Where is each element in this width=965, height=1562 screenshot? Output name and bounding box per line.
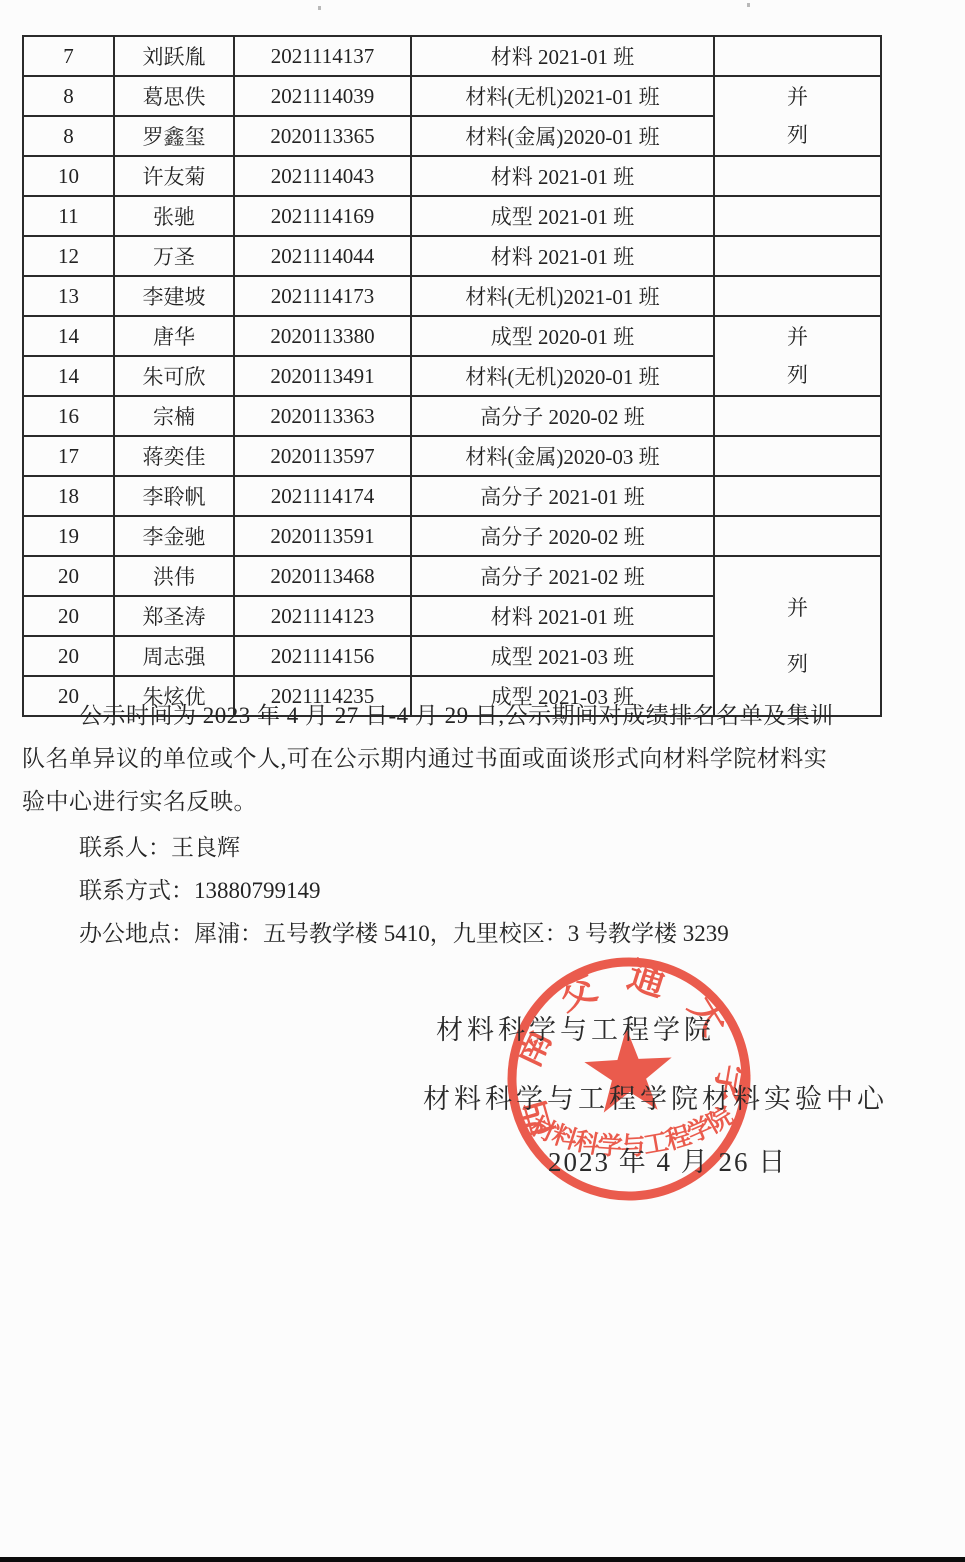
table-row: 10 许友菊 2021114043 材料 2021-01 班 <box>23 156 881 196</box>
table-row: 20 洪伟 2020113468 高分子 2021-02 班 并 列 <box>23 556 881 596</box>
name-cell: 洪伟 <box>114 556 234 596</box>
class-cell: 高分子 2021-02 班 <box>411 556 714 596</box>
scan-page-edge <box>0 1557 965 1562</box>
scan-speck <box>318 6 321 10</box>
class-cell: 高分子 2021-01 班 <box>411 476 714 516</box>
table-row: 7 刘跃胤 2021114137 材料 2021-01 班 <box>23 36 881 76</box>
name-cell: 万圣 <box>114 236 234 276</box>
class-cell: 材料(无机)2021-01 班 <box>411 76 714 116</box>
tie-note-cell: 并 列 <box>714 556 881 716</box>
student-id-cell: 2020113380 <box>234 316 411 356</box>
rank-cell: 8 <box>23 116 114 156</box>
student-id-cell: 2021114123 <box>234 596 411 636</box>
student-id-cell: 2021114156 <box>234 636 411 676</box>
student-id-cell: 2020113363 <box>234 396 411 436</box>
student-id-cell: 2021114044 <box>234 236 411 276</box>
table-row: 12 万圣 2021114044 材料 2021-01 班 <box>23 236 881 276</box>
name-cell: 罗鑫玺 <box>114 116 234 156</box>
rank-cell: 10 <box>23 156 114 196</box>
rank-cell: 7 <box>23 36 114 76</box>
tie-note-cell <box>714 156 881 196</box>
rank-cell: 16 <box>23 396 114 436</box>
class-cell: 材料(无机)2020-01 班 <box>411 356 714 396</box>
rank-cell: 13 <box>23 276 114 316</box>
class-cell: 材料 2021-01 班 <box>411 236 714 276</box>
class-cell: 材料(金属)2020-01 班 <box>411 116 714 156</box>
name-cell: 李金驰 <box>114 516 234 556</box>
name-cell: 宗楠 <box>114 396 234 436</box>
name-cell: 许友菊 <box>114 156 234 196</box>
class-cell: 材料(无机)2021-01 班 <box>411 276 714 316</box>
student-id-cell: 2021114043 <box>234 156 411 196</box>
student-id-cell: 2020113591 <box>234 516 411 556</box>
table-row: 8 葛思佚 2021114039 材料(无机)2021-01 班 并 列 <box>23 76 881 116</box>
name-cell: 郑圣涛 <box>114 596 234 636</box>
name-cell: 刘跃胤 <box>114 36 234 76</box>
table-row: 11 张驰 2021114169 成型 2021-01 班 <box>23 196 881 236</box>
table-row: 13 李建坡 2021114173 材料(无机)2021-01 班 <box>23 276 881 316</box>
student-id-cell: 2021114137 <box>234 36 411 76</box>
rank-cell: 14 <box>23 356 114 396</box>
class-cell: 材料(金属)2020-03 班 <box>411 436 714 476</box>
tie-note-cell <box>714 36 881 76</box>
name-cell: 朱可欣 <box>114 356 234 396</box>
student-id-cell: 2021114169 <box>234 196 411 236</box>
student-id-cell: 2021114174 <box>234 476 411 516</box>
contact-person-line: 联系人：王良辉 <box>22 826 922 869</box>
name-cell: 葛思佚 <box>114 76 234 116</box>
rank-cell: 20 <box>23 596 114 636</box>
class-cell: 材料 2021-01 班 <box>411 156 714 196</box>
rank-cell: 8 <box>23 76 114 116</box>
rank-cell: 12 <box>23 236 114 276</box>
rank-cell: 20 <box>23 556 114 596</box>
table-row: 16 宗楠 2020113363 高分子 2020-02 班 <box>23 396 881 436</box>
table-row: 18 李聆帆 2021114174 高分子 2021-01 班 <box>23 476 881 516</box>
table-row: 19 李金驰 2020113591 高分子 2020-02 班 <box>23 516 881 556</box>
rank-cell: 19 <box>23 516 114 556</box>
tie-note-cell: 并 列 <box>714 76 881 156</box>
class-cell: 成型 2020-01 班 <box>411 316 714 356</box>
student-id-cell: 2020113597 <box>234 436 411 476</box>
ranking-table-body: 7 刘跃胤 2021114137 材料 2021-01 班 8 葛思佚 2021… <box>23 36 881 716</box>
tie-note-cell: 并 列 <box>714 316 881 396</box>
rank-cell: 17 <box>23 436 114 476</box>
tie-note-cell <box>714 196 881 236</box>
class-cell: 材料 2021-01 班 <box>411 596 714 636</box>
scan-speck <box>747 3 750 7</box>
document-page: { "document": { "table": { "rows": [ {"r… <box>0 0 965 1562</box>
publicity-notice: 公示时间为 2023 年 4 月 27 日-4 月 29 日,公示期间对成绩排名… <box>22 694 922 823</box>
rank-cell: 20 <box>23 636 114 676</box>
name-cell: 李建坡 <box>114 276 234 316</box>
ranking-table: 7 刘跃胤 2021114137 材料 2021-01 班 8 葛思佚 2021… <box>22 35 882 717</box>
contact-info: 联系人：王良辉 联系方式：13880799149 办公地点：犀浦：五号教学楼 5… <box>22 826 922 955</box>
class-cell: 高分子 2020-02 班 <box>411 516 714 556</box>
tie-note-cell <box>714 276 881 316</box>
table-row: 14 唐华 2020113380 成型 2020-01 班 并 列 <box>23 316 881 356</box>
name-cell: 张驰 <box>114 196 234 236</box>
student-id-cell: 2021114039 <box>234 76 411 116</box>
class-cell: 材料 2021-01 班 <box>411 36 714 76</box>
rank-cell: 18 <box>23 476 114 516</box>
name-cell: 周志强 <box>114 636 234 676</box>
notice-line: 队名单异议的单位或个人,可在公示期内通过书面或面谈形式向材料学院材料实 <box>22 737 922 780</box>
student-id-cell: 2020113468 <box>234 556 411 596</box>
name-cell: 蒋奕佳 <box>114 436 234 476</box>
tie-note-cell <box>714 516 881 556</box>
student-id-cell: 2021114173 <box>234 276 411 316</box>
class-cell: 成型 2021-01 班 <box>411 196 714 236</box>
issuer-college-line: 材料科学与工程学院 <box>436 1008 715 1047</box>
notice-line: 验中心进行实名反映。 <box>22 780 922 823</box>
notice-line: 公示时间为 2023 年 4 月 27 日-4 月 29 日,公示期间对成绩排名… <box>22 694 922 737</box>
issue-date: 2023 年 4 月 26 日 <box>548 1140 787 1179</box>
table-row: 17 蒋奕佳 2020113597 材料(金属)2020-03 班 <box>23 436 881 476</box>
tie-note-cell <box>714 436 881 476</box>
rank-cell: 14 <box>23 316 114 356</box>
name-cell: 李聆帆 <box>114 476 234 516</box>
tie-note-cell <box>714 476 881 516</box>
name-cell: 唐华 <box>114 316 234 356</box>
rank-cell: 11 <box>23 196 114 236</box>
tie-note-cell <box>714 396 881 436</box>
student-id-cell: 2020113365 <box>234 116 411 156</box>
class-cell: 成型 2021-03 班 <box>411 636 714 676</box>
tie-note-cell <box>714 236 881 276</box>
student-id-cell: 2020113491 <box>234 356 411 396</box>
office-location-line: 办公地点：犀浦：五号教学楼 5410，九里校区：3 号教学楼 3239 <box>22 912 922 955</box>
class-cell: 高分子 2020-02 班 <box>411 396 714 436</box>
issuer-center-line: 材料科学与工程学院材料实验中心 <box>423 1077 888 1116</box>
contact-phone-line: 联系方式：13880799149 <box>22 869 922 912</box>
